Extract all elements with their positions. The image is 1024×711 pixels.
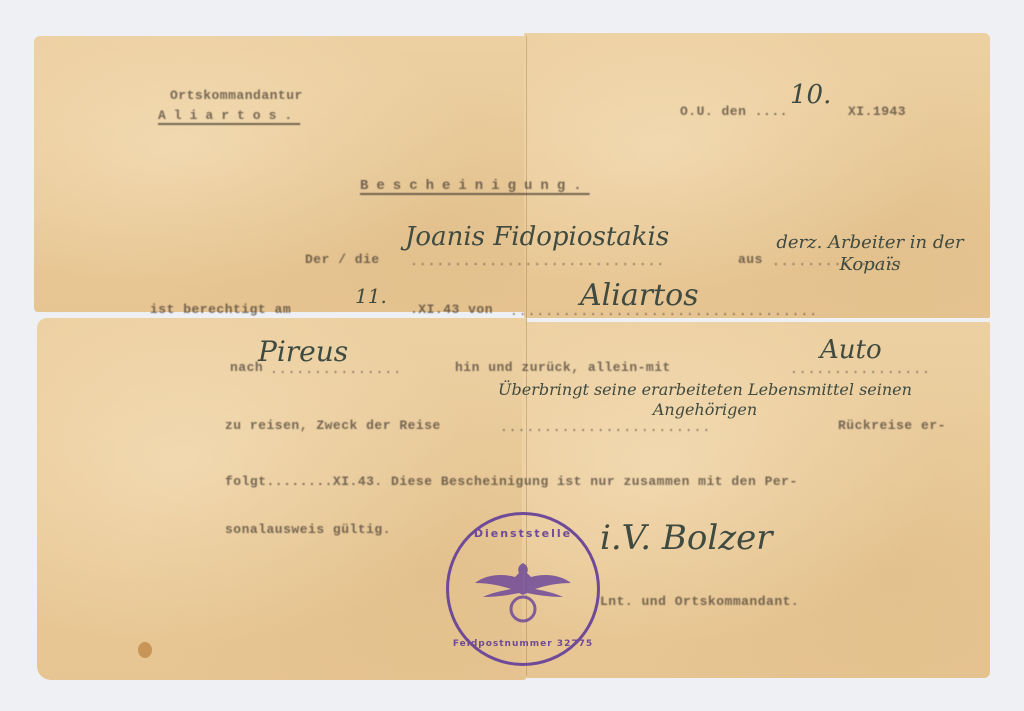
date-typed: XI.1943: [848, 104, 906, 119]
eagle-emblem-icon: [471, 555, 575, 625]
document-title: Bescheinigung.: [360, 178, 590, 194]
origin-handwritten: Aliartos: [580, 278, 699, 313]
transport-handwritten: Auto: [820, 335, 882, 365]
line4-typed-prefix: zu reisen, Zweck der Reise: [225, 418, 441, 433]
line1-dots: .............................: [410, 254, 665, 269]
occupation-handwritten: derz. Arbeiter in der Kopaïs: [770, 232, 970, 276]
travel-day-handwritten: 11.: [355, 284, 387, 308]
header-location: Aliartos.: [158, 108, 300, 123]
line6-typed: sonalausweis gültig.: [225, 522, 391, 537]
stamp-bottom-text: Feldpostnummer 32775: [449, 639, 597, 649]
date-day-handwritten: 10.: [790, 80, 831, 110]
purpose-handwritten: Überbringt seine erarbeiteten Lebensmitt…: [445, 380, 965, 420]
header-office: Ortskommandantur: [170, 88, 303, 103]
line2-typed-mid: .XI.43 von: [410, 302, 493, 317]
line4-dots: ........................: [500, 420, 711, 435]
line1-typed-prefix: Der / die: [305, 252, 380, 267]
date-prefix: O.U. den ....: [680, 104, 788, 119]
signature-handwritten: i.V. Bolzer: [600, 518, 773, 558]
line1-typed-mid: aus: [738, 252, 763, 267]
destination-handwritten: Pireus: [258, 335, 348, 368]
official-stamp: Dienststelle Feldpostnummer 32775: [446, 512, 600, 666]
line2-typed-prefix: ist berechtigt am: [150, 302, 291, 317]
stamp-top-text: Dienststelle: [449, 527, 597, 540]
line5-typed: folgt........XI.43. Diese Bescheinigung …: [225, 474, 798, 489]
signatory-title: Lnt. und Ortskommandant.: [600, 594, 799, 609]
line4-typed-suffix: Rückreise er-: [838, 418, 946, 433]
stain-spot: [138, 642, 152, 658]
line3-typed-mid: hin und zurück, allein-mit: [455, 360, 671, 375]
paper-fragment-top-left: [34, 36, 526, 312]
name-handwritten: Joanis Fidopiostakis: [405, 222, 669, 252]
